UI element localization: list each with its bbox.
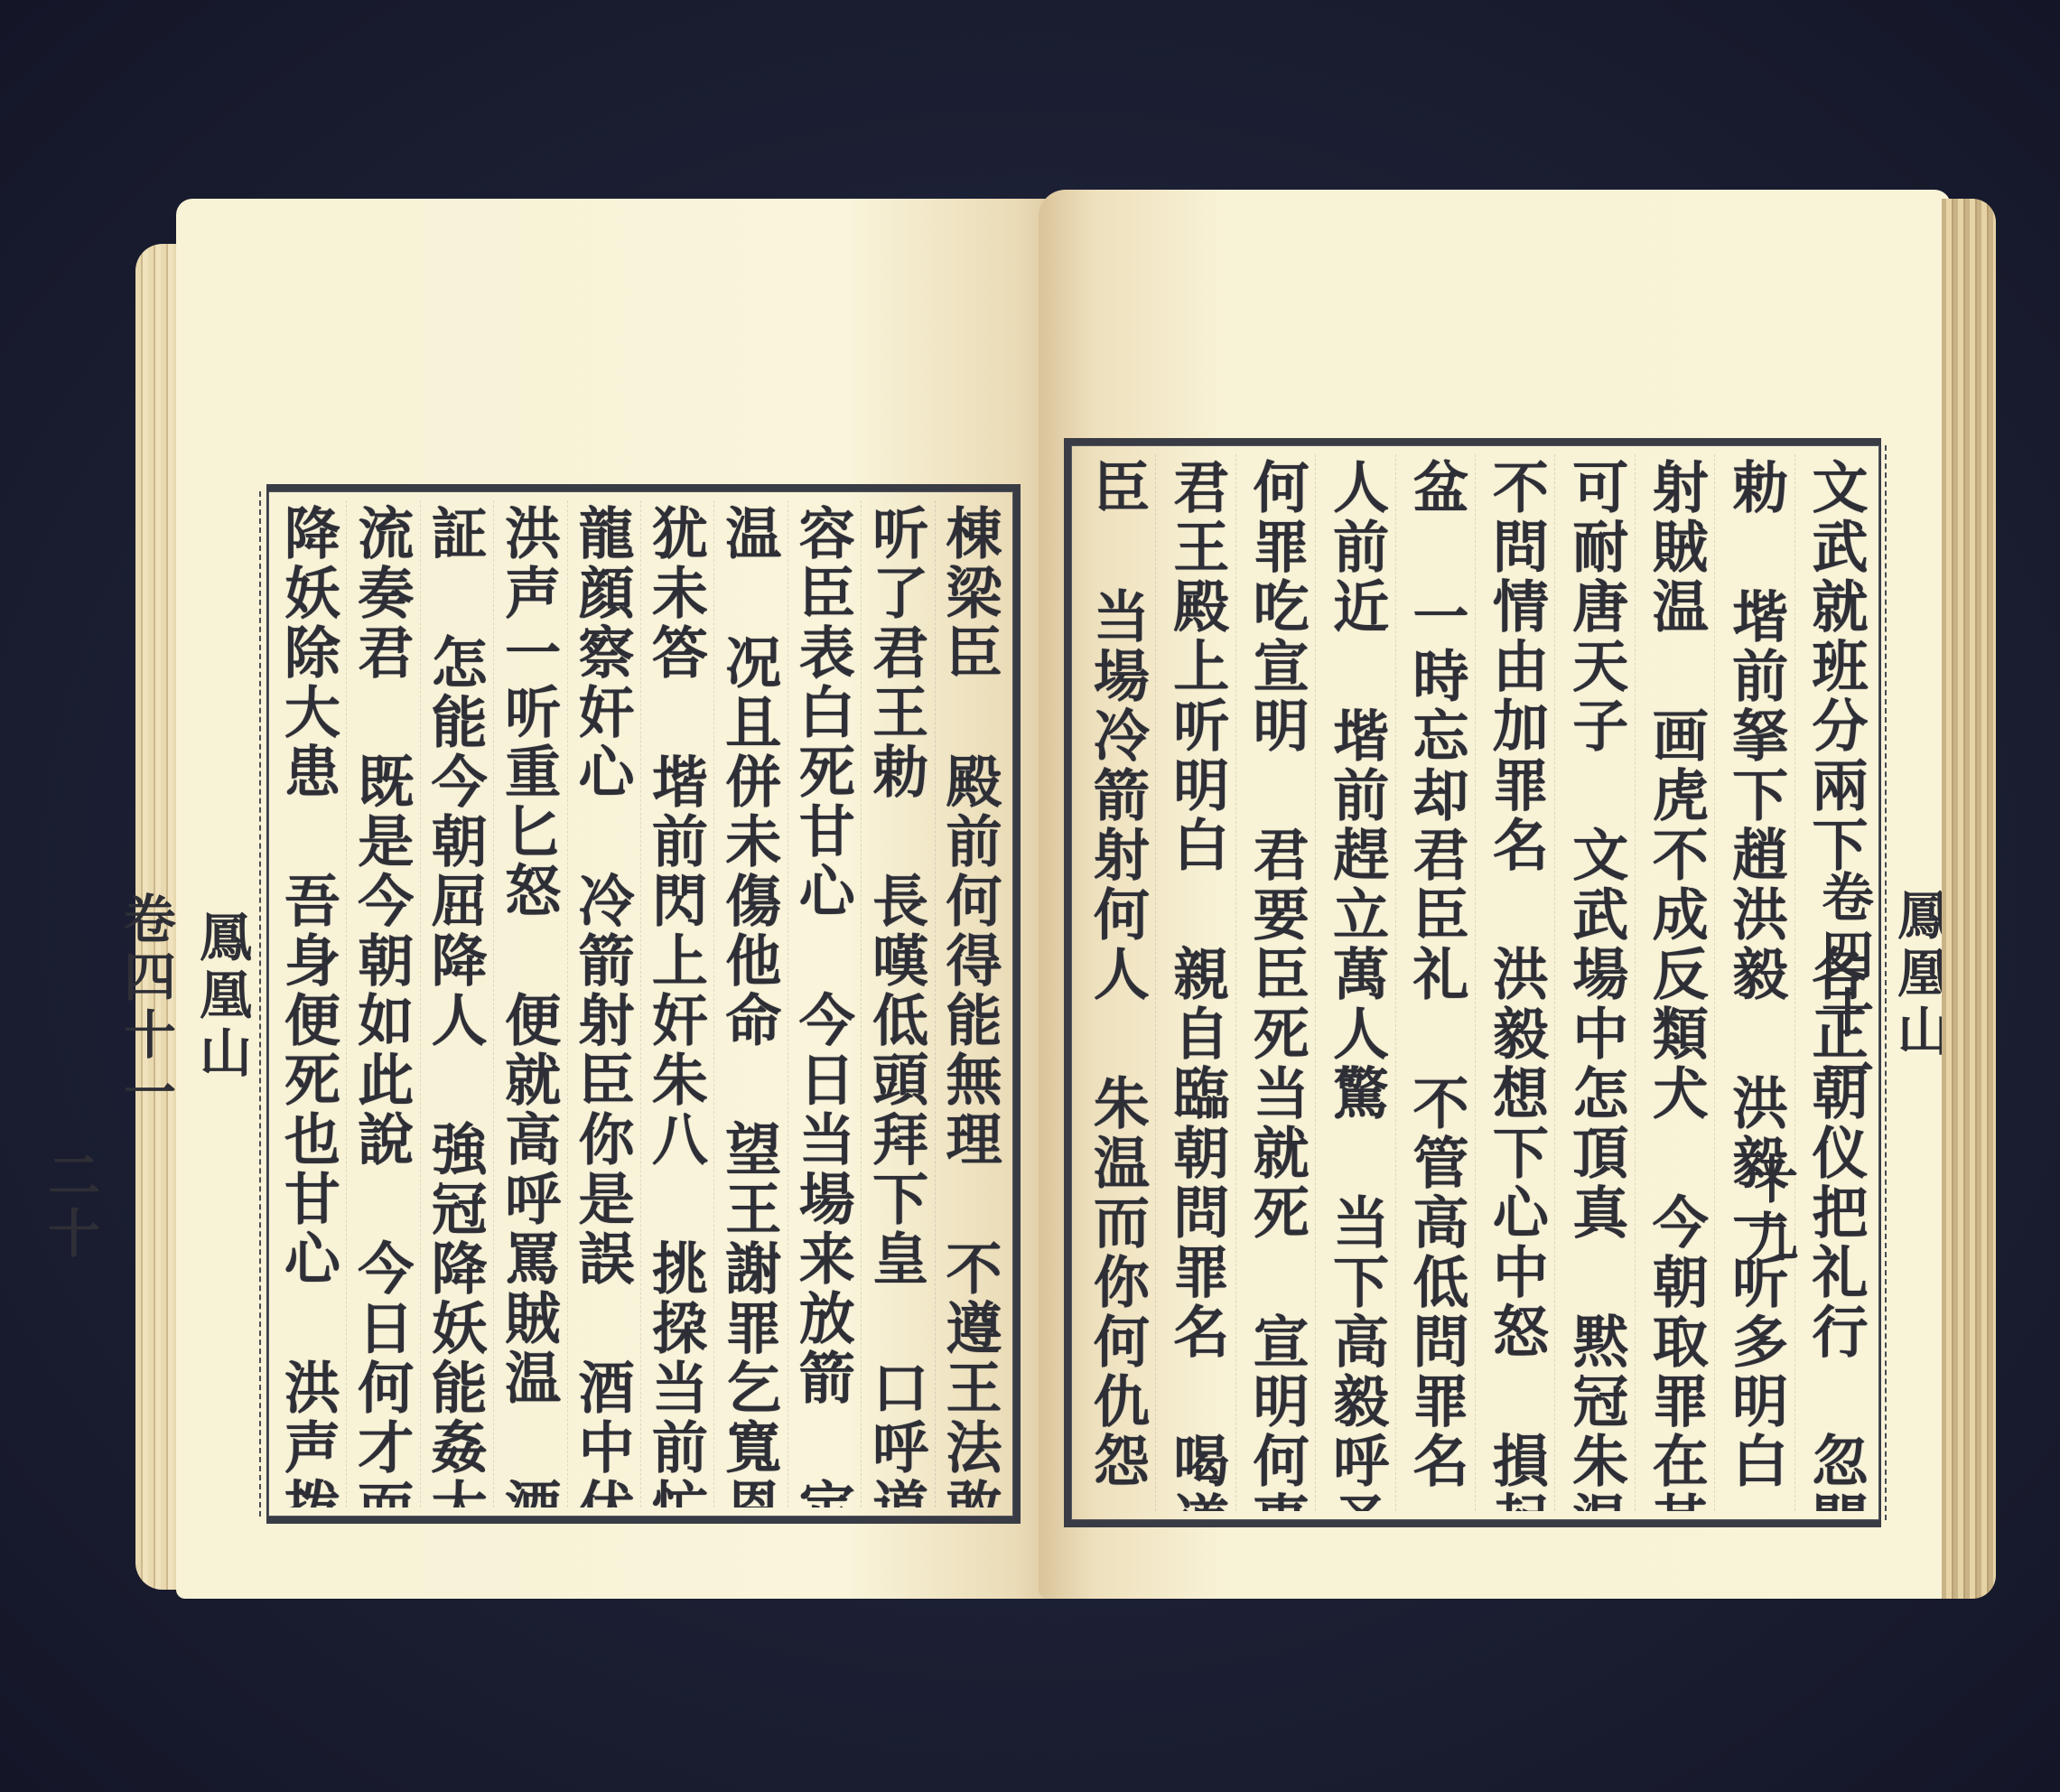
- text-column: 臣 当場冷箭射何人 朱温而你何仇怨 一生心害朕: [1077, 454, 1155, 1511]
- text-column: 流奏君 既是今朝如此說 今日何才而你争 殺得: [346, 500, 419, 1507]
- text-column: 听了君王勅 長嘆低頭拜下皇 口呼道吾王開圣諭: [861, 500, 934, 1507]
- text-column: 犹未答 堦前閃上奸朱八 挑挅当前忙教奏 愿王: [640, 500, 713, 1507]
- text-column: 容臣表白死甘心 今日当場来放箭 定是無心誤中: [788, 500, 861, 1507]
- fold-folio-number: 十九: [1729, 1152, 1805, 1267]
- right-page-print-frame: 文武就班分兩下 各正朝仪把礼行 忽聞殿上傳王 勅 堦前拏下趙洪毅 洪毅一听多明白…: [1064, 438, 1881, 1527]
- text-column: 証 怎能今朝屈降人 強冠降妖能姦大 舌劍唇鎗: [420, 500, 493, 1507]
- text-column: 君王殿上听明白 親自臨朝問罪名 喝道無知匕罪: [1155, 454, 1235, 1511]
- fold-title: 鳳凰山: [183, 910, 259, 1083]
- right-text-columns: 文武就班分兩下 各正朝仪把礼行 忽聞殿上傳王 勅 堦前拏下趙洪毅 洪毅一听多明白…: [1077, 454, 1874, 1511]
- left-page: 鳳凰山 卷四十一 二十 棟梁臣 殿前何得能無理 不遵王法敢高声 洪声 听了君王勅…: [176, 199, 1070, 1599]
- text-column: 射賊温 画虎不成反類犬 今朝取罪在其身 囘恩: [1635, 454, 1714, 1511]
- text-column: 人前近 堦前趕立萬人驚 当下高毅呼圣主 為官: [1315, 454, 1394, 1511]
- text-column: 勅 堦前拏下趙洪毅 洪毅一听多明白 只為当場: [1714, 454, 1794, 1511]
- fold-folio-number: 二十: [32, 1148, 107, 1264]
- text-column: 可耐唐天子 文武場中怎頂真 黙冠朱温重下礼: [1554, 454, 1634, 1511]
- text-column: 洪声一听重匕怒 便就高呼罵賊温 酒中伏毒何凴: [493, 500, 566, 1507]
- text-column: 降妖除大患 吾身便死也甘心 洪声拨出心頭火: [274, 500, 346, 1507]
- text-column: 不問情由加罪名 洪毅想下心中怒 損起無名火一: [1475, 454, 1554, 1511]
- left-text-columns: 棟梁臣 殿前何得能無理 不遵王法敢高声 洪声 听了君王勅 長嘆低頭拜下皇 口呼道…: [274, 500, 1008, 1507]
- left-fold-margin: 鳳凰山 卷四十一 二十: [189, 491, 261, 1517]
- text-column: 棟梁臣 殿前何得能無理 不遵王法敢高声 洪声: [935, 500, 1008, 1507]
- right-page-stack-edge: [1942, 199, 1996, 1599]
- fold-juan: 卷四十一: [1805, 870, 1881, 1101]
- right-page: 文武就班分兩下 各正朝仪把礼行 忽聞殿上傳王 勅 堦前拏下趙洪毅 洪毅一听多明白…: [1039, 190, 1951, 1599]
- left-page-print-frame: 鳳凰山 卷四十一 二十 棟梁臣 殿前何得能無理 不遵王法敢高声 洪声 听了君王勅…: [266, 484, 1021, 1524]
- text-column: 温 况且併未傷他命 望王謝罪乞寬恩 天子聞言: [713, 500, 787, 1507]
- text-column: 何罪吃宣明 君要臣死当就死 宣明何事死甘心: [1235, 454, 1315, 1511]
- text-column: 龍顔察奸心 冷箭射臣你是誤 酒中伏毒是何因: [567, 500, 640, 1507]
- fold-juan: 卷四十一: [107, 891, 183, 1123]
- text-column: 盆 一時忘却君臣礼 不管高低問罪名 兩手扥開: [1395, 454, 1475, 1511]
- open-book: 鳳凰山 卷四十一 二十 棟梁臣 殿前何得能無理 不遵王法敢高声 洪声 听了君王勅…: [135, 190, 1996, 1608]
